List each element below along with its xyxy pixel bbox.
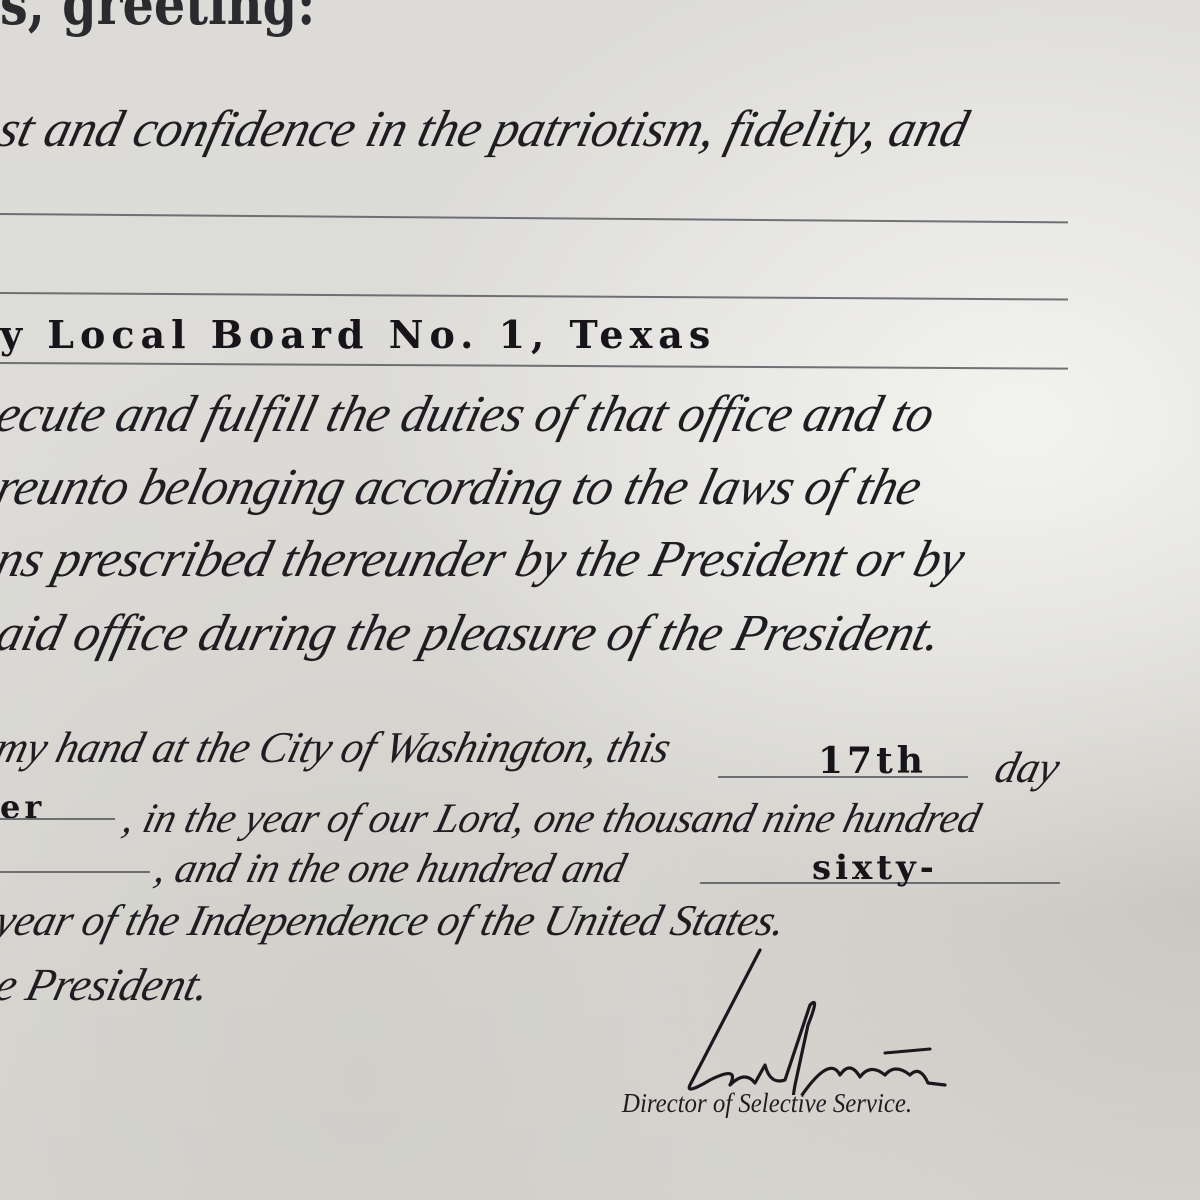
dating-line-2: , in the year of our Lord, one thousand … [118,795,985,843]
greeting-heading: s, greeting: [0,0,315,38]
day-label: day [990,742,1065,793]
appointment-rule [0,362,1068,370]
month-rule [0,818,115,820]
body-line-5: aid office during the pleasure of the Pr… [0,604,947,663]
independence-year-value: sixty- [812,848,938,888]
closing-line: e President. [0,958,215,1011]
name-rule-1 [0,213,1068,223]
month-value: er [0,788,45,826]
document-paper: s, greeting: st and confidence in the pa… [0,0,1200,1200]
name-rule-2 [0,292,1068,301]
dating-line-1: my hand at the City of Washington, this [0,722,676,773]
body-line-4: ns prescribed thereunder by the Presiden… [0,530,970,589]
appointment-local-board: y Local Board No. 1, Texas [0,312,716,357]
dating-line-4: year of the Independence of the United S… [0,895,791,946]
day-value: 17th [818,740,927,782]
body-line-1: st and confidence in the patriotism, fid… [0,100,974,159]
director-signature [670,945,970,1095]
body-line-3: reunto belonging according to the laws o… [0,458,927,517]
signature-title: Director of Selective Service. [622,1088,912,1119]
year-rule [0,871,150,873]
body-line-2: ecute and fulfill the duties of that off… [0,385,940,444]
dating-line-3: , and in the one hundred and [150,845,631,893]
